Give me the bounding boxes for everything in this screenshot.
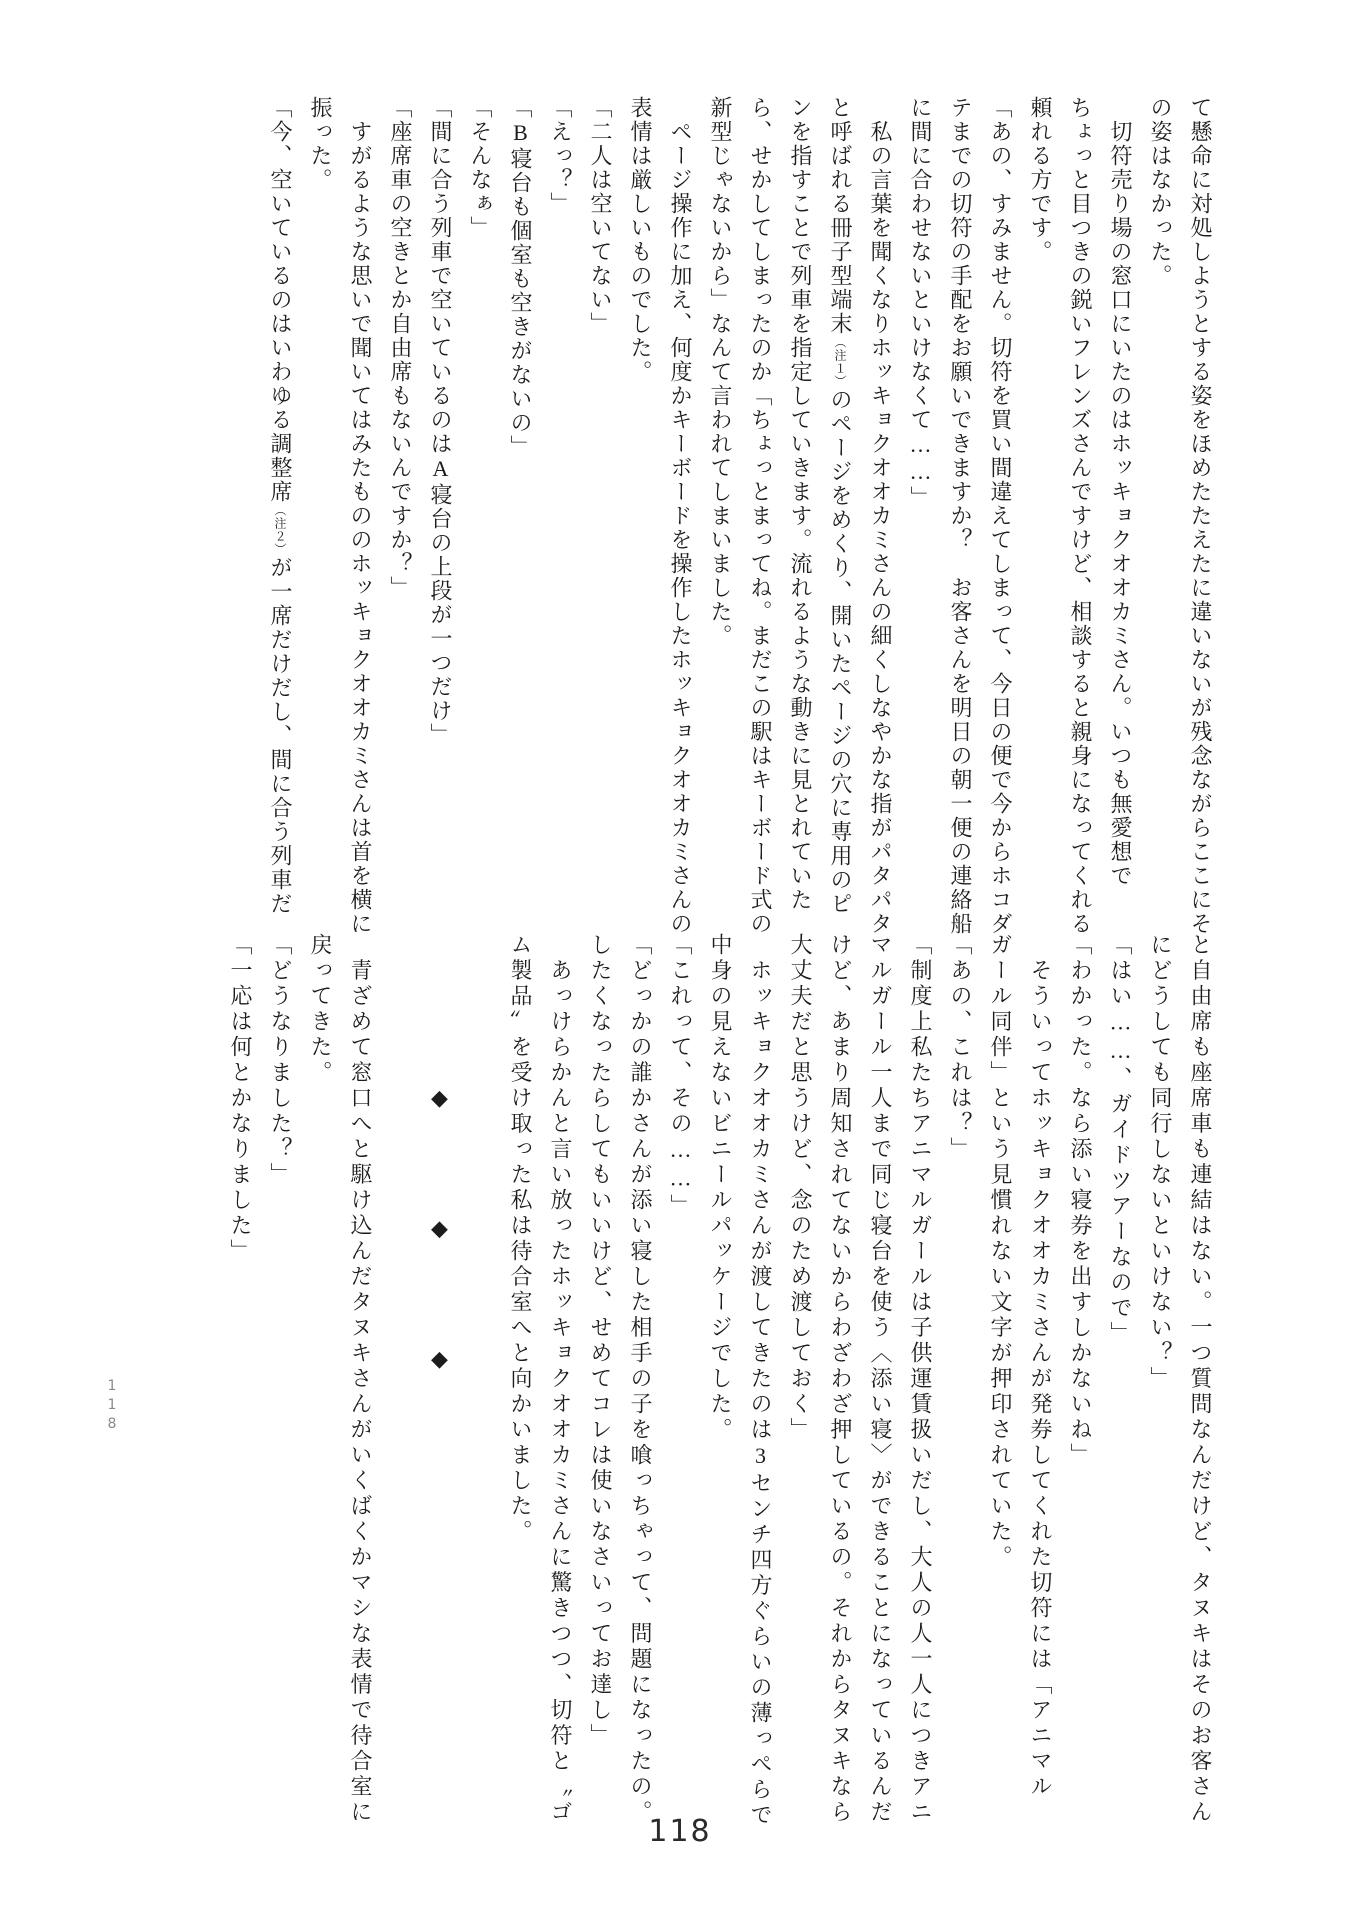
text-column: 中身の見えないビニールパッケージでした。 (700, 933, 740, 1838)
text-column: 振った。 (300, 96, 340, 948)
page-number: 118 (0, 1814, 1360, 1849)
text-column: 「えっ？」 (540, 96, 580, 948)
text-column: 「二人は空いてない」 (580, 96, 620, 948)
footnote-marker: （注２） (273, 504, 287, 556)
text-column: ンを指すことで列車を指定していきます。流れるような動きに見とれていた (780, 96, 820, 948)
text-column: ◆ ◆ ◆ (420, 933, 460, 1838)
text-column: と自由席も座席車も連結はない。一つ質問なんだけど、タヌキはそのお客さん (1180, 933, 1220, 1838)
text-column: 「B寝台も個室も空きがないの」 (500, 96, 540, 948)
text-column: 表情は厳しいものでした。 (620, 96, 660, 948)
text-column: に間に合わせないといけなくて……」 (900, 96, 940, 948)
text-column: テまでの切符の手配をお願いできますか？ お客さんを明日の朝一便の連絡船 (940, 96, 980, 948)
text-column: すがるような思いで聞いてはみたもののホッキョクオオカミさんは首を横に (340, 96, 380, 948)
text-column: 「これって、その……」 (660, 933, 700, 1838)
text-column: 切符売り場の窓口にいたのはホッキョクオオカミさん。いつも無愛想で (1100, 96, 1140, 948)
text-column: ら、せかしてしまったのか「ちょっとまってね。まだこの駅はキーボード式の (740, 96, 780, 948)
text-column: と呼ばれる冊子型端末（注１）のページをめくり、開いたページの穴に専用のピ (820, 96, 860, 948)
text-column: ちょっと目つきの鋭いフレンズさんですけど、相談すると親身になってくれる (1060, 96, 1100, 948)
text-column: て懸命に対処しようとする姿をほめたたえたに違いないが残念ながらここにそ (1180, 96, 1220, 948)
text-column: 私の言葉を聞くなりホッキョクオオカミさんの細くしなやかな指がパタパタ (860, 96, 900, 948)
text-column: 青ざめて窓口へと駆け込んだタヌキさんがいくばくかマシな表情で待合室に (340, 933, 380, 1838)
text-column: マルガール一人まで同じ寝台を使う〈添い寝〉ができることになっているんだ (860, 933, 900, 1838)
text-column: 「座席車の空きとか自由席もないんですか？」 (380, 96, 420, 948)
text-column: あっけらかんと言い放ったホッキョクオオカミさんに驚きつつ、切符と〝ゴ (540, 933, 580, 1838)
text-column: 「一応は何とかなりました」 (220, 933, 260, 1838)
text-column: そういってホッキョクオオカミさんが発券してくれた切符には「アニマル (1020, 933, 1060, 1838)
text-column: 戻ってきた。 (300, 933, 340, 1838)
text-column: したくなったらしてもいいけど、せめてコレは使いなさいってお達し」 (580, 933, 620, 1838)
book-page: て懸命に対処しようとする姿をほめたたえたに違いないが残念ながらここにその姿はなか… (0, 0, 1360, 1920)
text-column: 「間に合う列車で空いているのはA寝台の上段が一つだけ」 (420, 96, 460, 948)
text-column: ム製品〞を受け取った私は待合室へと向かいました。 (500, 933, 540, 1838)
text-column: 「制度上私たちアニマルガールは子供運賃扱いだし、大人の人一人につきアニ (900, 933, 940, 1838)
text-column: 「わかった。なら添い寝券を出すしかないね」 (1060, 933, 1100, 1838)
text-column (460, 933, 500, 1838)
text-block-lower: と自由席も座席車も連結はない。一つ質問なんだけど、タヌキはそのお客さんにどうして… (218, 933, 1220, 1838)
text-column: 「あの、すみません。切符を買い間違えてしまって、今日の便で今からホコダ (980, 96, 1020, 948)
text-column: 「今、空いているのはいわゆる調整席（注２）が一席だけだし、間に合う列車だ (260, 96, 300, 948)
text-block-upper: て懸命に対処しようとする姿をほめたたえたに違いないが残念ながらここにその姿はなか… (258, 96, 1220, 948)
text-column: にどうしても同行しないといけない？」 (1140, 933, 1180, 1838)
text-column: 「はい……、ガイドツアーなので」 (1100, 933, 1140, 1838)
text-column: ホッキョクオオカミさんが渡してきたのは3センチ四方ぐらいの薄っぺらで (740, 933, 780, 1838)
text-column: ページ操作に加え、何度かキーボードを操作したホッキョクオオカミさんの (660, 96, 700, 948)
text-column: 「あの、これは？」 (940, 933, 980, 1838)
text-column: 新型じゃないから」なんて言われてしまいました。 (700, 96, 740, 948)
text-column: の姿はなかった。 (1140, 96, 1180, 948)
footnote-marker: （注１） (833, 336, 847, 388)
edge-page-number: 118 (104, 1378, 120, 1435)
text-column: 「どうなりました？」 (260, 933, 300, 1838)
text-column: 大丈夫だと思うけど、念のため渡しておく」 (780, 933, 820, 1838)
text-column: けど、あまり周知されてないからわざわざ押しているの。それからタヌキなら (820, 933, 860, 1838)
text-column: 頼れる方です。 (1020, 96, 1060, 948)
text-column: 「どっかの誰かさんが添い寝した相手の子を喰っちゃって、問題になったの。 (620, 933, 660, 1838)
text-column (380, 933, 420, 1838)
text-column: 「そんなぁ」 (460, 96, 500, 948)
text-column: ガール同伴」という見慣れない文字が押印されていた。 (980, 933, 1020, 1838)
